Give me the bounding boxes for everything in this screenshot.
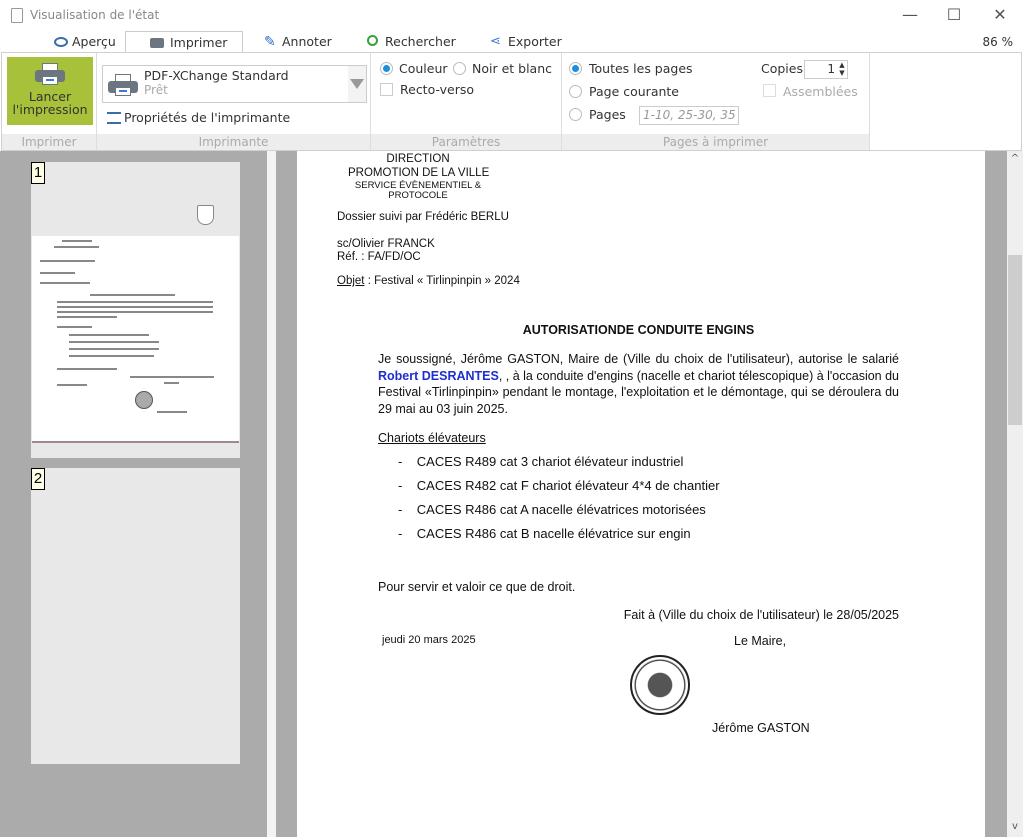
group-label: Imprimer — [2, 134, 96, 150]
printer-select[interactable]: PDF-XChange Standard Prêt — [102, 65, 367, 103]
ribbon: Lancer l'impression Imprimer PDF-XChange… — [1, 52, 1022, 151]
scrollbar-thumb[interactable] — [1008, 255, 1022, 425]
mayor-seal-stamp — [630, 655, 690, 715]
eye-icon — [54, 37, 68, 47]
group-parametres: Couleur Noir et blanc Recto-verso Paramè… — [371, 53, 562, 150]
printer-icon — [150, 38, 164, 48]
ribbon-tabs: Aperçu Imprimer ✎Annoter Rechercher ⋖Exp… — [0, 31, 1023, 53]
zoom-level: 86 % — [983, 35, 1014, 49]
close-button[interactable]: ✕ — [977, 4, 1023, 28]
crest-icon — [197, 205, 214, 225]
color-radio[interactable] — [380, 62, 393, 75]
pencil-icon: ✎ — [264, 35, 278, 49]
chevron-down-icon[interactable] — [348, 66, 366, 102]
duplex-checkbox[interactable] — [380, 83, 393, 96]
tab-rechercher[interactable]: Rechercher — [363, 31, 456, 53]
group-label: Pages à imprimer — [562, 134, 869, 150]
pages-range-input[interactable]: 1-10, 25-30, 35 — [639, 106, 739, 125]
bw-radio[interactable] — [453, 62, 466, 75]
group-label: Paramètres — [371, 134, 561, 150]
printer-properties-button[interactable]: Propriétés de l'imprimante — [107, 110, 290, 125]
sliders-icon — [107, 112, 121, 124]
thumbnail-page-1[interactable]: 1 — [31, 162, 240, 458]
scroll-down-icon[interactable]: v — [1007, 821, 1023, 837]
group-imprimante: PDF-XChange Standard Prêt Propriétés de … — [97, 53, 371, 150]
search-icon — [367, 35, 378, 46]
printer-icon — [35, 63, 65, 85]
collate-checkbox[interactable] — [763, 84, 776, 97]
share-icon: ⋖ — [490, 35, 504, 49]
vertical-scrollbar[interactable]: ^ v — [1007, 151, 1023, 837]
scroll-up-icon[interactable]: ^ — [1007, 153, 1023, 169]
tab-imprimer[interactable]: Imprimer — [125, 31, 243, 54]
document-paragraph: Je soussigné, Jérôme GASTON, Maire de (V… — [378, 351, 899, 417]
panel-splitter[interactable] — [267, 151, 276, 837]
maximize-button[interactable]: ☐ — [931, 4, 977, 28]
tab-annoter[interactable]: ✎Annoter — [260, 31, 332, 53]
minimize-button[interactable]: — — [887, 4, 933, 28]
thumbnail-preview — [32, 236, 239, 443]
title-bar: Visualisation de l'état — ☐ ✕ — [0, 0, 1023, 31]
group-label: Imprimante — [97, 134, 370, 150]
all-pages-radio[interactable] — [569, 62, 582, 75]
thumbnail-page-2[interactable]: 2 — [31, 468, 240, 764]
copies-input[interactable]: 1▲▼ — [804, 60, 848, 79]
current-page-radio[interactable] — [569, 85, 582, 98]
document-title: AUTORISATIONDE CONDUITE ENGINS — [378, 323, 899, 337]
copies-spinner[interactable]: ▲▼ — [837, 61, 847, 78]
printer-icon — [108, 74, 138, 96]
group-imprimer: Lancer l'impression Imprimer — [2, 53, 97, 150]
document-page: DIRECTION PROMOTION DE LA VILLE SERVICE … — [297, 151, 985, 837]
document-viewer: DIRECTION PROMOTION DE LA VILLE SERVICE … — [276, 151, 1007, 837]
tab-apercu[interactable]: Aperçu — [50, 31, 116, 53]
group-pages: Toutes les pages Page courante Pages 1-1… — [562, 53, 870, 150]
document-icon — [11, 8, 23, 23]
window-title: Visualisation de l'état — [30, 8, 159, 22]
pages-radio[interactable] — [569, 108, 582, 121]
launch-print-button[interactable]: Lancer l'impression — [7, 57, 93, 125]
thumbnail-panel: 1 2 — [0, 151, 267, 837]
tab-exporter[interactable]: ⋖Exporter — [486, 31, 562, 53]
